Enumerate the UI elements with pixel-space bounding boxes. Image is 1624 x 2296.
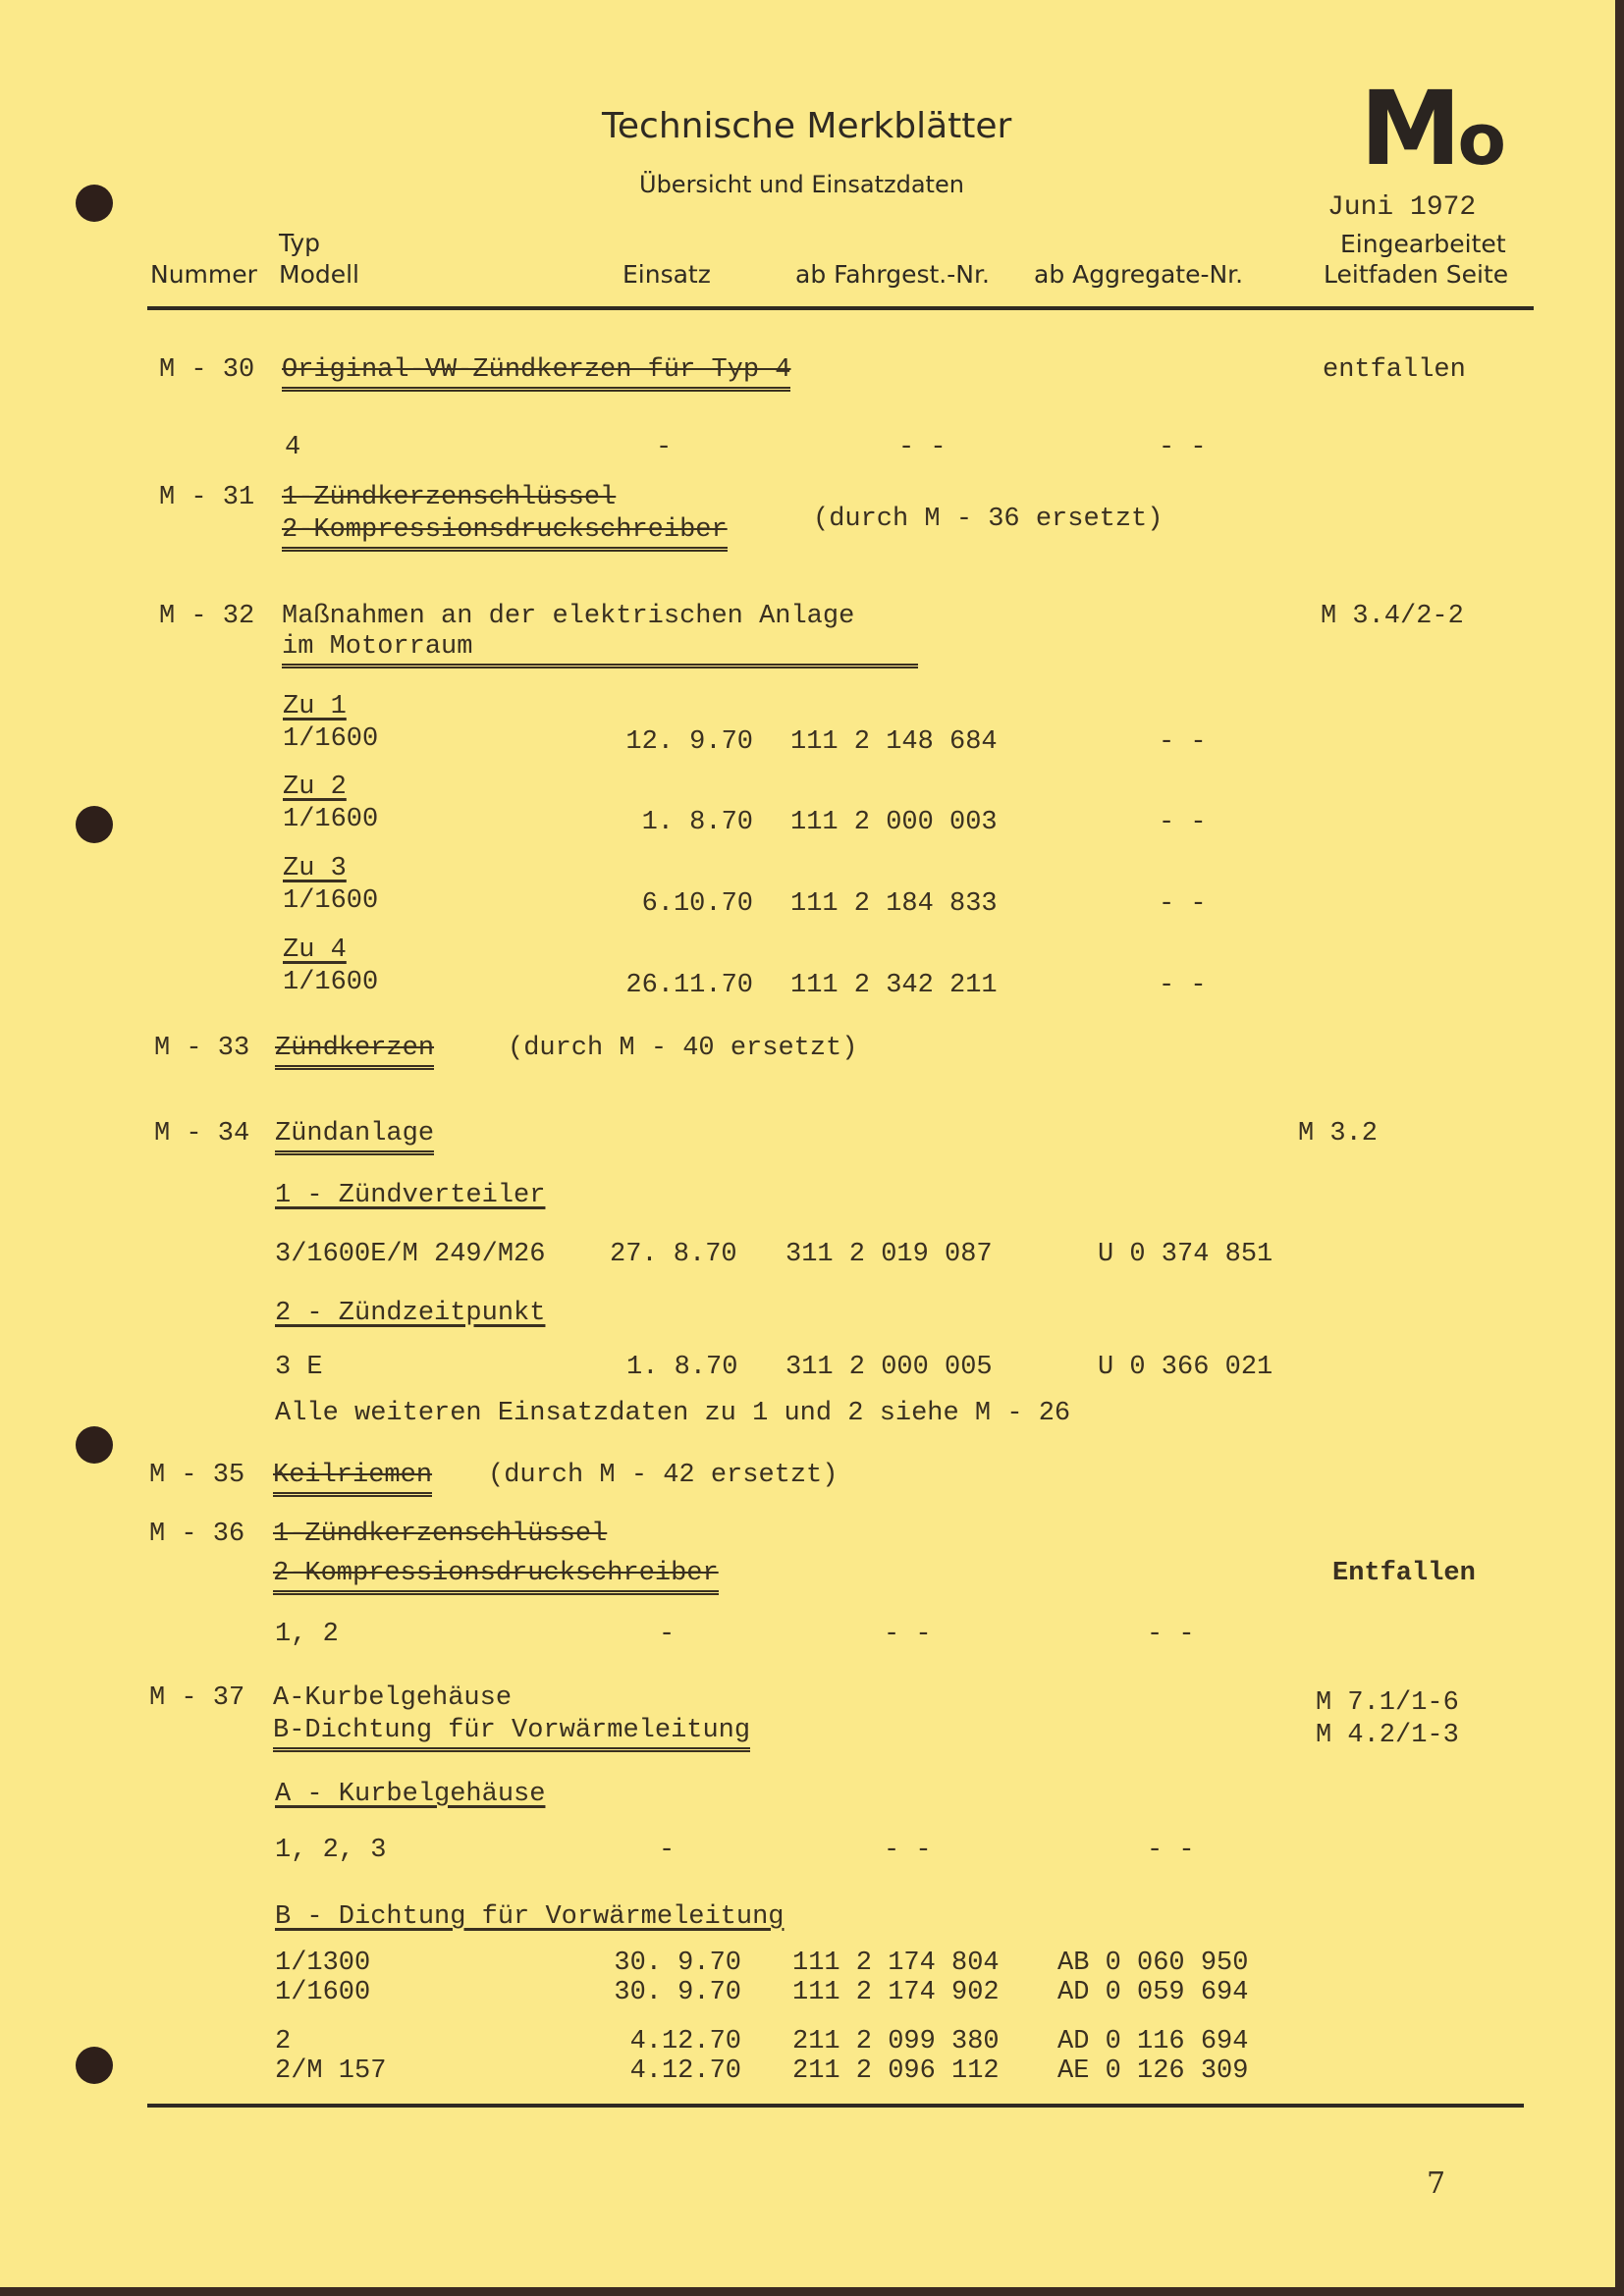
entry-title-line2: B-Dichtung für Vorwärmeleitung bbox=[273, 1716, 750, 1752]
entry-number: M - 37 bbox=[149, 1683, 244, 1713]
aggregate-cell: - - bbox=[1159, 433, 1207, 462]
aggregate-cell: - - bbox=[1159, 727, 1207, 757]
einsatz-cell: 12. 9.70 bbox=[625, 727, 753, 757]
col-header-einsatz: Einsatz bbox=[623, 260, 711, 289]
subsection-title: 1 - Zündverteiler bbox=[275, 1181, 545, 1210]
col-header-nummer: Nummer bbox=[150, 260, 257, 289]
entry-title-line2: 2-Kompressionsdruckschreiber bbox=[273, 1559, 719, 1595]
fahrgest-cell: - - bbox=[884, 1836, 932, 1865]
fahrgest-cell: 211 2 099 380 bbox=[792, 2027, 1000, 2056]
entry-number: M - 36 bbox=[149, 1520, 244, 1549]
fahrgest-cell: 311 2 000 005 bbox=[785, 1353, 993, 1382]
modell-cell: 1/1600 bbox=[275, 1978, 370, 2007]
modell-cell: 1, 2, 3 bbox=[275, 1836, 386, 1865]
entry-ref: M 7.1/1-6 bbox=[1316, 1688, 1459, 1718]
modell-cell: 1/1300 bbox=[275, 1949, 370, 1978]
zu-label: Zu 4 bbox=[283, 935, 347, 965]
fahrgest-cell: 311 2 019 087 bbox=[785, 1240, 993, 1269]
entry-note: Alle weiteren Einsatzdaten zu 1 und 2 si… bbox=[275, 1399, 1070, 1428]
document-page: Technische Merkblätter Übersicht und Ein… bbox=[0, 0, 1615, 2287]
aggregate-cell: - - bbox=[1159, 971, 1207, 1000]
zu-label: Zu 3 bbox=[283, 854, 347, 883]
modell-cell: 2 bbox=[275, 2027, 291, 2056]
entry-number: M - 34 bbox=[154, 1119, 249, 1148]
entry-status: entfallen bbox=[1323, 355, 1466, 385]
zu-label: Zu 2 bbox=[283, 773, 347, 802]
einsatz-cell: 1. 8.70 bbox=[642, 808, 753, 837]
punch-hole bbox=[76, 185, 113, 222]
fahrgest-cell: 111 2 174 902 bbox=[792, 1978, 1000, 2007]
entry-title-line2: 2-Kompressionsdruckschreiber bbox=[282, 515, 728, 552]
einsatz-cell: 4.12.70 bbox=[630, 2027, 741, 2056]
fahrgest-cell: 111 2 184 833 bbox=[790, 889, 998, 919]
col-header-modell: Modell bbox=[279, 260, 359, 289]
entry-note: (durch M - 40 ersetzt) bbox=[508, 1034, 857, 1063]
aggregate-cell: AD 0 059 694 bbox=[1057, 1978, 1248, 2007]
einsatz-cell: 4.12.70 bbox=[630, 2056, 741, 2086]
fahrgest-cell: 111 2 000 003 bbox=[790, 808, 998, 837]
entry-note: (durch M - 36 ersetzt) bbox=[813, 505, 1163, 534]
punch-hole bbox=[76, 2047, 113, 2084]
subsection-title: B - Dichtung für Vorwärmeleitung bbox=[275, 1902, 784, 1932]
entry-number: M - 30 bbox=[159, 355, 254, 385]
page-number: 7 bbox=[1427, 2166, 1445, 2201]
entry-title-line1: 1-Zündkerzenschlüssel bbox=[273, 1520, 607, 1549]
einsatz-cell: 30. 9.70 bbox=[614, 1978, 741, 2007]
aggregate-cell: - - bbox=[1159, 808, 1207, 837]
einsatz-cell: - bbox=[659, 1620, 675, 1649]
einsatz-cell: - bbox=[659, 1836, 675, 1865]
fahrgest-cell: 111 2 342 211 bbox=[790, 971, 998, 1000]
entry-title: Zündanlage bbox=[275, 1119, 434, 1155]
entry-title: Keilriemen bbox=[273, 1461, 432, 1497]
fahrgest-cell: 111 2 174 804 bbox=[792, 1949, 1000, 1978]
aggregate-cell: - - bbox=[1147, 1836, 1195, 1865]
entry-title: Original-VW-Zündkerzen für Typ 4 bbox=[282, 355, 790, 392]
entry-title: Zündkerzen bbox=[275, 1034, 434, 1070]
entry-ref: M 4.2/1-3 bbox=[1316, 1721, 1459, 1750]
einsatz-cell: 6.10.70 bbox=[642, 889, 753, 919]
entry-title-line1: A-Kurbelgehäuse bbox=[273, 1683, 512, 1713]
aggregate-cell: AD 0 116 694 bbox=[1057, 2027, 1248, 2056]
modell-cell: 4 bbox=[285, 433, 300, 462]
punch-hole bbox=[76, 1426, 113, 1464]
entry-number: M - 31 bbox=[159, 483, 254, 512]
fahrgest-cell: 111 2 148 684 bbox=[790, 727, 998, 757]
col-header-aggregate: ab Aggregate-Nr. bbox=[1034, 260, 1243, 289]
entry-note: (durch M - 42 ersetzt) bbox=[488, 1461, 838, 1490]
modell-cell: 1/1600 bbox=[283, 724, 378, 754]
col-header-fahrgest: ab Fahrgest.-Nr. bbox=[795, 260, 990, 289]
einsatz-cell: 26.11.70 bbox=[625, 971, 753, 1000]
punch-hole bbox=[76, 806, 113, 843]
subsection-title: A - Kurbelgehäuse bbox=[275, 1780, 545, 1809]
zu-label: Zu 1 bbox=[283, 692, 347, 721]
entry-status: Entfallen bbox=[1332, 1559, 1476, 1588]
entry-title-line1: 1-Zündkerzenschlüssel bbox=[282, 483, 616, 512]
entry-ref: M 3.4/2-2 bbox=[1321, 602, 1464, 631]
page-subtitle: Übersicht und Einsatzdaten bbox=[639, 171, 964, 198]
section-logo: Mo bbox=[1360, 69, 1506, 188]
fahrgest-cell: - - bbox=[898, 433, 947, 462]
subsection-title: 2 - Zündzeitpunkt bbox=[275, 1299, 545, 1328]
modell-cell: 1, 2 bbox=[275, 1620, 339, 1649]
einsatz-cell: - bbox=[656, 433, 672, 462]
aggregate-cell: AE 0 126 309 bbox=[1057, 2056, 1248, 2086]
aggregate-cell: U 0 366 021 bbox=[1098, 1353, 1272, 1382]
header-rule bbox=[147, 306, 1534, 310]
entry-title-line2: im Motorraum bbox=[282, 632, 918, 668]
modell-cell: 1/1600 bbox=[283, 805, 378, 834]
col-header-leitfaden: Leitfaden Seite bbox=[1324, 260, 1508, 289]
entry-number: M - 33 bbox=[154, 1034, 249, 1063]
entry-ref: M 3.2 bbox=[1298, 1119, 1378, 1148]
einsatz-cell: 30. 9.70 bbox=[614, 1949, 741, 1978]
einsatz-cell: 27. 8.70 bbox=[610, 1240, 737, 1269]
fahrgest-cell: - - bbox=[884, 1620, 932, 1649]
modell-cell: 2/M 157 bbox=[275, 2056, 386, 2086]
modell-cell: 3 E bbox=[275, 1353, 323, 1382]
fahrgest-cell: 211 2 096 112 bbox=[792, 2056, 1000, 2086]
modell-cell: 1/1600 bbox=[283, 886, 378, 916]
page-title: Technische Merkblätter bbox=[602, 106, 1011, 146]
col-header-eingearbeitet: Eingearbeitet bbox=[1340, 230, 1506, 258]
aggregate-cell: - - bbox=[1159, 889, 1207, 919]
modell-cell: 3/1600E/M 249/M26 bbox=[275, 1240, 545, 1269]
aggregate-cell: AB 0 060 950 bbox=[1057, 1949, 1248, 1978]
einsatz-cell: 1. 8.70 bbox=[626, 1353, 737, 1382]
modell-cell: 1/1600 bbox=[283, 968, 378, 997]
col-header-typ: Typ bbox=[279, 229, 320, 257]
issue-date: Juni 1972 bbox=[1327, 192, 1476, 223]
entry-number: M - 35 bbox=[149, 1461, 244, 1490]
entry-title-line1: Maßnahmen an der elektrischen Anlage bbox=[282, 602, 854, 631]
footer-rule bbox=[147, 2104, 1524, 2108]
aggregate-cell: - - bbox=[1147, 1620, 1195, 1649]
entry-number: M - 32 bbox=[159, 602, 254, 631]
aggregate-cell: U 0 374 851 bbox=[1098, 1240, 1272, 1269]
